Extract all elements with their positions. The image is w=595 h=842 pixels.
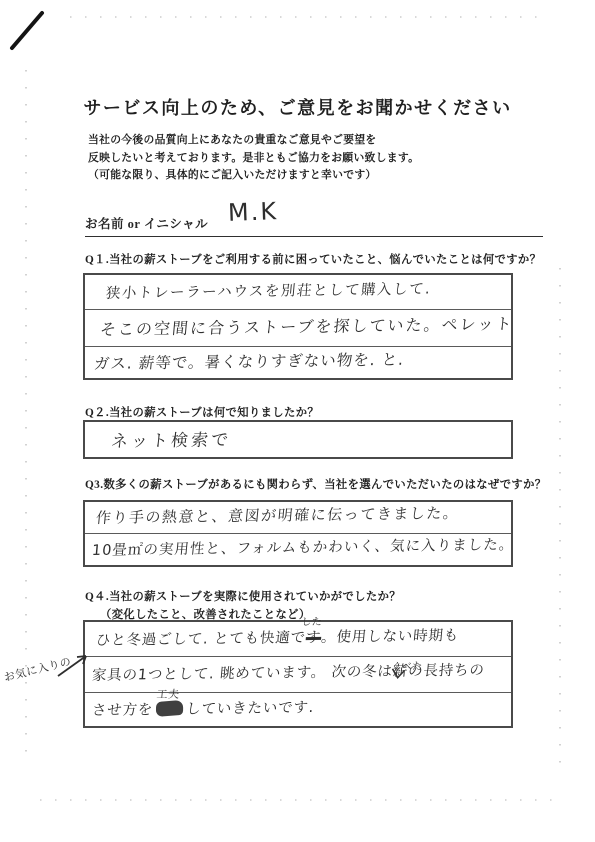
q4-label: Q４.当社の薪ストーブを実際に使用されていかがでしたか？	[85, 588, 401, 604]
q3-answer-line: 10畳㎡の実用性と、フォルムもかわいく、気に入りました。	[91, 533, 515, 560]
q4-answer-line1: ひと冬過ごして. とても快適で	[95, 630, 306, 649]
q1-answer-line: 狭小トレーラーハウスを別荘として購入して.	[105, 277, 432, 303]
margin-note-arrow-icon	[56, 648, 92, 680]
q2-label: Q２.当社の薪ストーブは何で知りましたか？	[85, 404, 319, 420]
q3-answer-line: 作り手の熱意と、意図が明確に伝ってきました。	[95, 502, 460, 528]
q4-insertion-kufuu: 工夫	[156, 686, 180, 702]
intro-line: 当社の今後の品質向上にあなたの貴重なご意見やご要望を	[88, 132, 419, 150]
q1-answer-line: ガス. 薪等で。暑くなりすぎない物を. と.	[93, 348, 405, 374]
q1-label: Q１.当社の薪ストーブをご利用する前に困っていたこと、悩んでいたことは何ですか？	[85, 251, 541, 267]
q4-struck-char: す	[305, 629, 322, 645]
name-field-label: お名前 or イニシャル	[85, 214, 208, 232]
name-field-underline	[85, 236, 543, 237]
q1-answer-line: そこの空間に合うストーブを探していた。ペレット	[99, 311, 515, 340]
q4-answer-box: ひと冬過ごして. とても快適ですした。使用しない時期も 家具の1つとして. 眺め…	[83, 620, 513, 728]
q1-answer-box: 狭小トレーラーハウスを別荘として購入して. そこの空間に合うストーブを探していた…	[83, 273, 513, 380]
q2-answer-box: ネット検索で	[83, 420, 513, 459]
pen-corner-mark	[4, 4, 54, 54]
intro-line: 反映したいと考えております。是非ともご協力をお願い致します。	[88, 150, 419, 168]
q2-answer: ネット検索で	[110, 425, 232, 452]
scribbled-out-word	[156, 700, 183, 717]
scan-noise-bottom	[40, 799, 560, 801]
scanned-survey-page: サービス向上のため、ご意見をお聞かせください 当社の今後の品質向上にあなたの貴重…	[0, 0, 595, 842]
q4-answer-line2: 家具の1つとして. 眺めています。 次の冬は	[91, 664, 393, 684]
intro-line: （可能な限り、具体的にご記入いただけますと幸いです）	[88, 167, 419, 185]
page-title: サービス向上のため、ご意見をお聞かせください	[0, 94, 595, 120]
q3-answer-box: 作り手の熱意と、意図が明確に伝ってきました。 10畳㎡の実用性と、フォルムもかわ…	[83, 500, 513, 567]
name-field-value: M.K	[228, 197, 279, 227]
q4-answer-line3-post: していきたいです.	[185, 700, 314, 718]
q4-insertion-shita: した	[301, 612, 323, 627]
scan-noise-top	[70, 16, 540, 18]
q4-answer-line1-post: 。使用しない時期も	[320, 627, 459, 645]
scan-noise-left	[25, 70, 27, 760]
q4-insertion-kubeta: くべた	[391, 657, 424, 672]
intro-paragraph: 当社の今後の品質向上にあなたの貴重なご意見やご要望を 反映したいと考えております…	[88, 132, 419, 185]
q3-label: Q3.数多くの薪ストーブがあるにも関わらず、当社を選んでいただいたのはなぜですか…	[85, 476, 546, 492]
q4-answer-line3: させ方を	[91, 702, 154, 719]
scan-noise-right	[559, 268, 561, 768]
